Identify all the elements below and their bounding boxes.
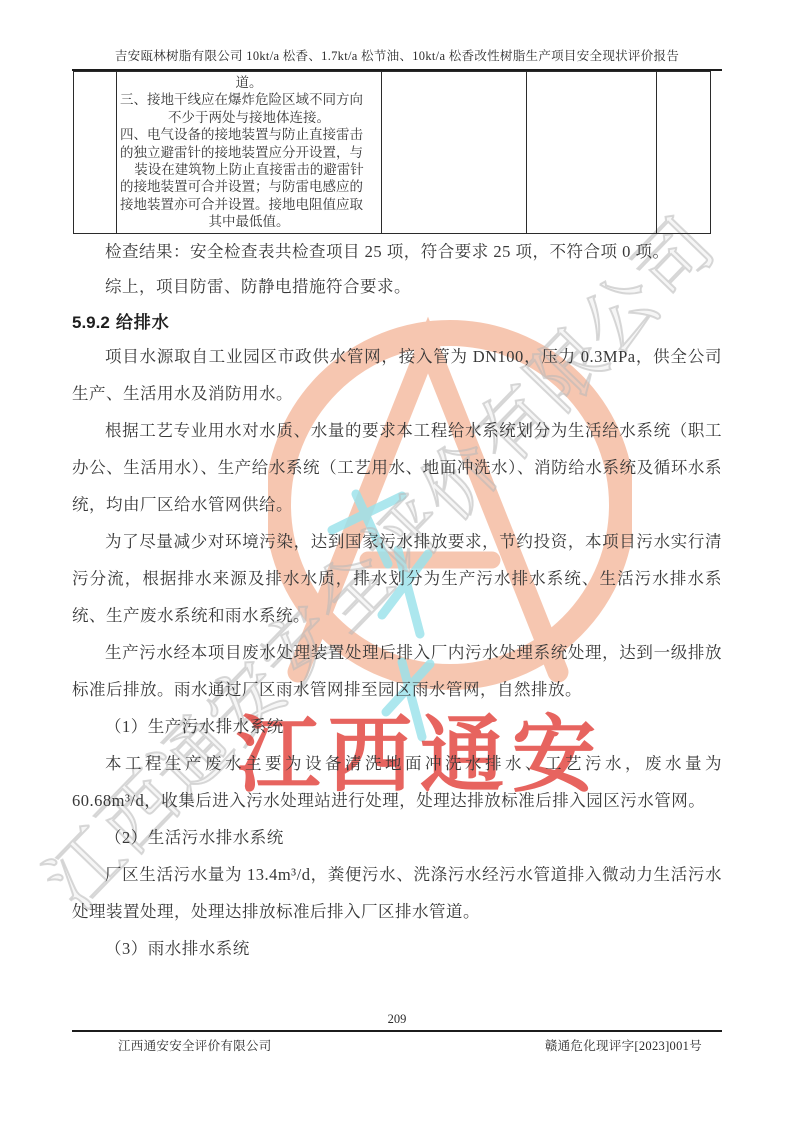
paragraph: 生产污水经本项目废水处理装置处理后排入厂内污水处理系统处理，达到一级排放标准后排… bbox=[72, 634, 722, 708]
body-text-section: 项目水源取自工业园区市政供水管网，接入管为 DN100，压力 0.3MPa，供全… bbox=[72, 338, 722, 967]
page-number: 209 bbox=[72, 1012, 722, 1030]
check-result-section: 检查结果：安全检查表共检查项目 25 项，符合要求 25 项，不符合项 0 项。… bbox=[72, 234, 722, 304]
requirement-line: 四、电气设备的接地装置与防止直接雷击 bbox=[120, 126, 378, 143]
table-cell-requirement-text: 道。三、接地干线应在爆炸危险区域不同方向不少于两处与接地体连接。四、电气设备的接… bbox=[117, 72, 382, 234]
section-title: 给排水 bbox=[116, 313, 170, 332]
requirement-lines: 道。三、接地干线应在爆炸危险区域不同方向不少于两处与接地体连接。四、电气设备的接… bbox=[120, 74, 378, 231]
page-content: 吉安瓯林树脂有限公司 10kt/a 松香、1.7kt/a 松节油、10kt/a … bbox=[72, 46, 722, 967]
requirement-line: 接地装置亦可合并设置。接地电阻值应取 bbox=[120, 196, 378, 213]
paragraph: 综上，项目防雷、防静电措施符合要求。 bbox=[72, 269, 722, 304]
report-title: 吉安瓯林树脂有限公司 10kt/a 松香、1.7kt/a 松节油、10kt/a … bbox=[72, 46, 722, 71]
requirement-line: 道。 bbox=[120, 74, 378, 91]
table-cell-result bbox=[657, 72, 711, 234]
requirement-line: 装设在建筑物上防止直接雷击的避雷针 bbox=[120, 161, 378, 178]
requirement-line: 的独立避雷针的接地装置应分开设置，与 bbox=[120, 144, 378, 161]
requirement-line: 不少于两处与接地体连接。 bbox=[120, 109, 378, 126]
paragraph: 厂区生活污水量为 13.4m³/d，粪便污水、洗涤污水经污水管道排入微动力生活污… bbox=[72, 856, 722, 930]
footer-company: 江西通安安全评价有限公司 bbox=[118, 1036, 272, 1054]
footer-doc-number: 赣通危化现评字[2023]001号 bbox=[545, 1036, 702, 1054]
paragraph: （1）生产污水排水系统 bbox=[72, 708, 722, 745]
table-cell-basis bbox=[382, 72, 527, 234]
paragraph: 检查结果：安全检查表共检查项目 25 项，符合要求 25 项，不符合项 0 项。 bbox=[72, 234, 722, 269]
requirement-line: 三、接地干线应在爆炸危险区域不同方向 bbox=[120, 91, 378, 108]
table-cell-situation bbox=[527, 72, 657, 234]
paragraph: （3）雨水排水系统 bbox=[72, 930, 722, 967]
safety-check-table: 道。三、接地干线应在爆炸危险区域不同方向不少于两处与接地体连接。四、电气设备的接… bbox=[73, 71, 711, 234]
table-cell-index bbox=[74, 72, 117, 234]
paragraph: 根据工艺专业用水对水质、水量的要求本工程给水系统划分为生活给水系统（职工办公、生… bbox=[72, 412, 722, 523]
paragraph: 本工程生产废水主要为设备清洗地面冲洗水排水、工艺污水，废水量为 60.68m³/… bbox=[72, 745, 722, 819]
requirement-line: 的接地装置可合并设置；与防雷电感应的 bbox=[120, 178, 378, 195]
document-page: 江西通安安全评价有限公司 江西通安 吉安瓯林树脂有限公司 10kt/a 松香、1… bbox=[0, 0, 794, 1123]
section-heading: 5.9.2给排水 bbox=[72, 310, 722, 336]
table-row: 道。三、接地干线应在爆炸危险区域不同方向不少于两处与接地体连接。四、电气设备的接… bbox=[74, 72, 711, 234]
paragraph: 为了尽量减少对环境污染，达到国家污水排放要求，节约投资，本项目污水实行清污分流，… bbox=[72, 523, 722, 634]
paragraph: （2）生活污水排水系统 bbox=[72, 819, 722, 856]
section-number: 5.9.2 bbox=[72, 313, 110, 332]
page-footer: 209 江西通安安全评价有限公司 赣通危化现评字[2023]001号 bbox=[72, 1012, 722, 1054]
paragraph: 项目水源取自工业园区市政供水管网，接入管为 DN100，压力 0.3MPa，供全… bbox=[72, 338, 722, 412]
requirement-line: 其中最低值。 bbox=[120, 213, 378, 230]
